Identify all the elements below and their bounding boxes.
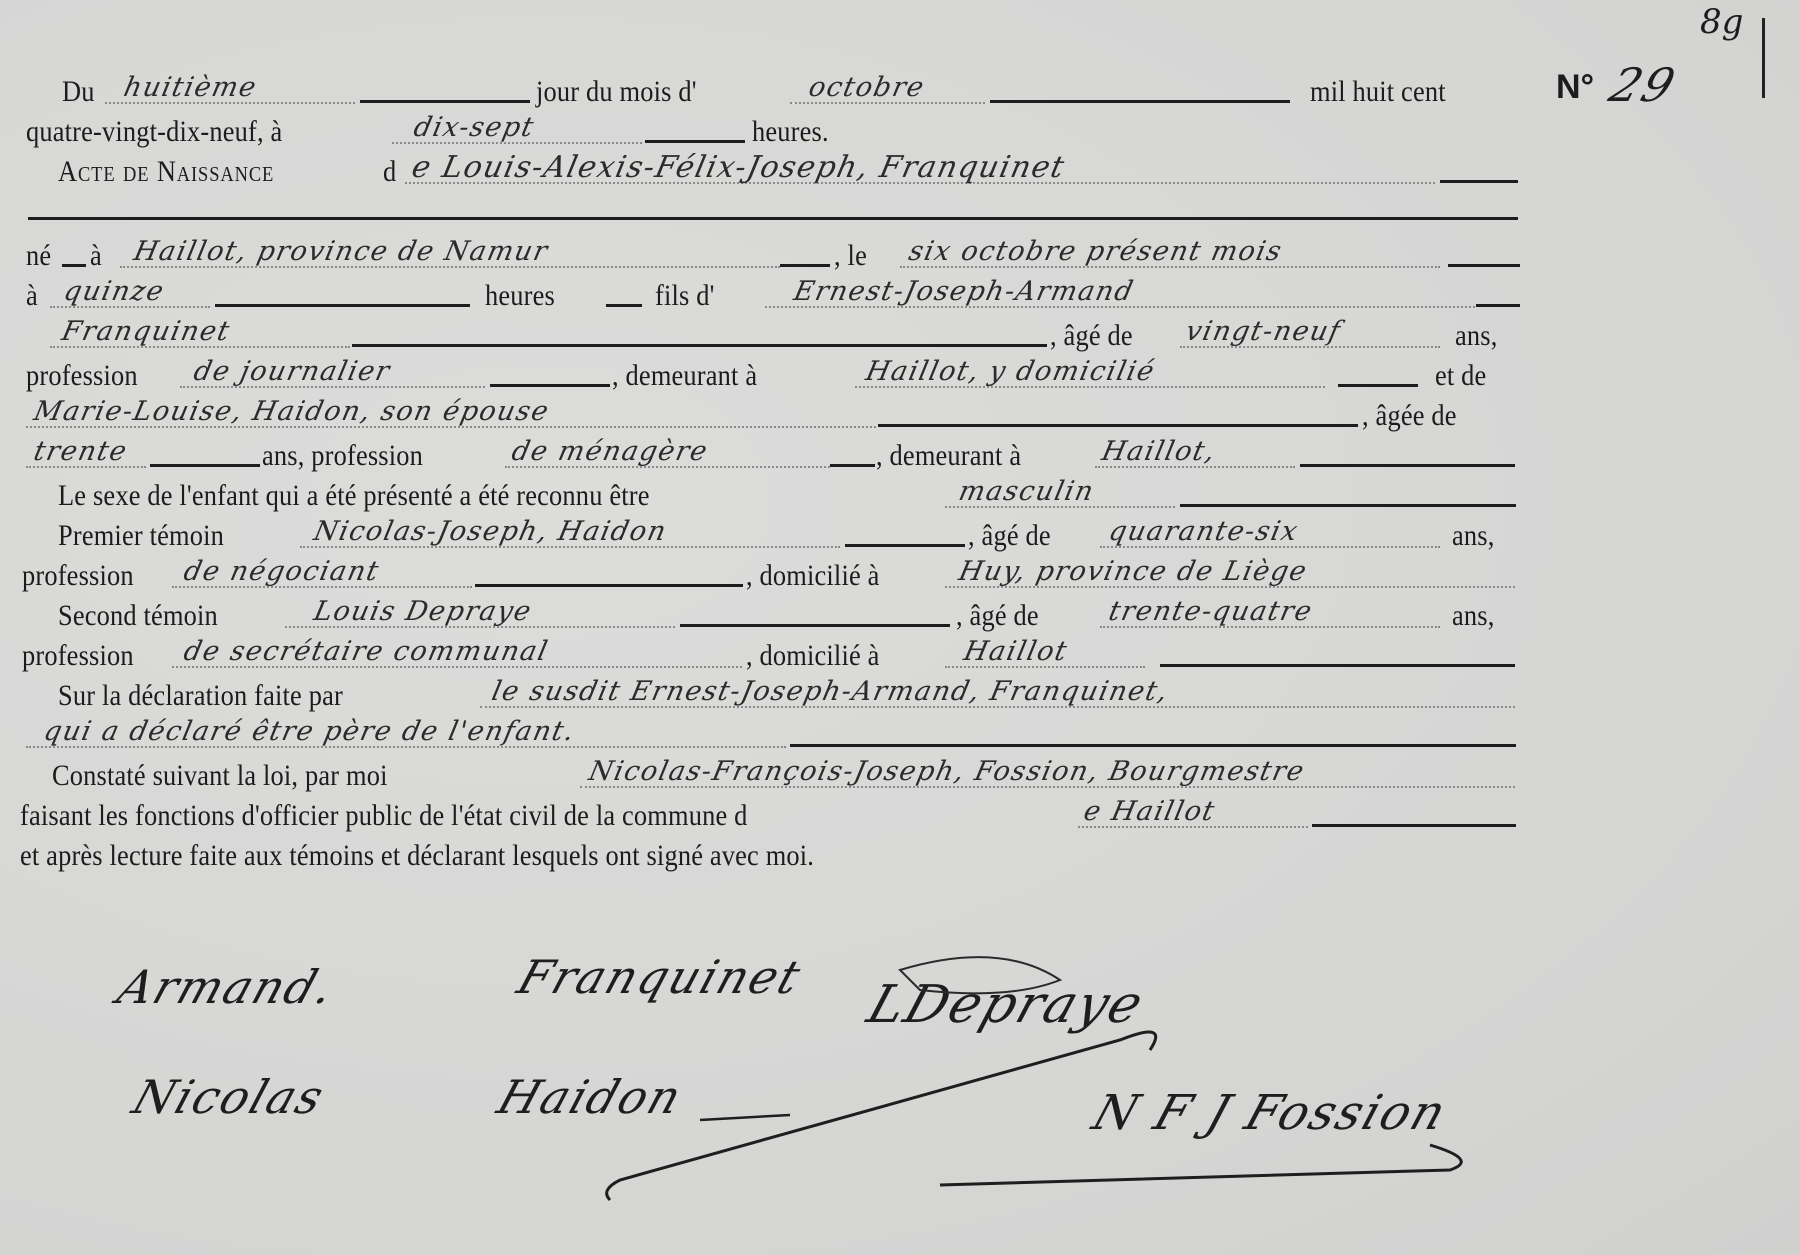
signature-flourishes xyxy=(0,0,1800,1255)
document-page: 8g N° 29 Du huitième jour du mois d' oct… xyxy=(0,0,1800,1255)
